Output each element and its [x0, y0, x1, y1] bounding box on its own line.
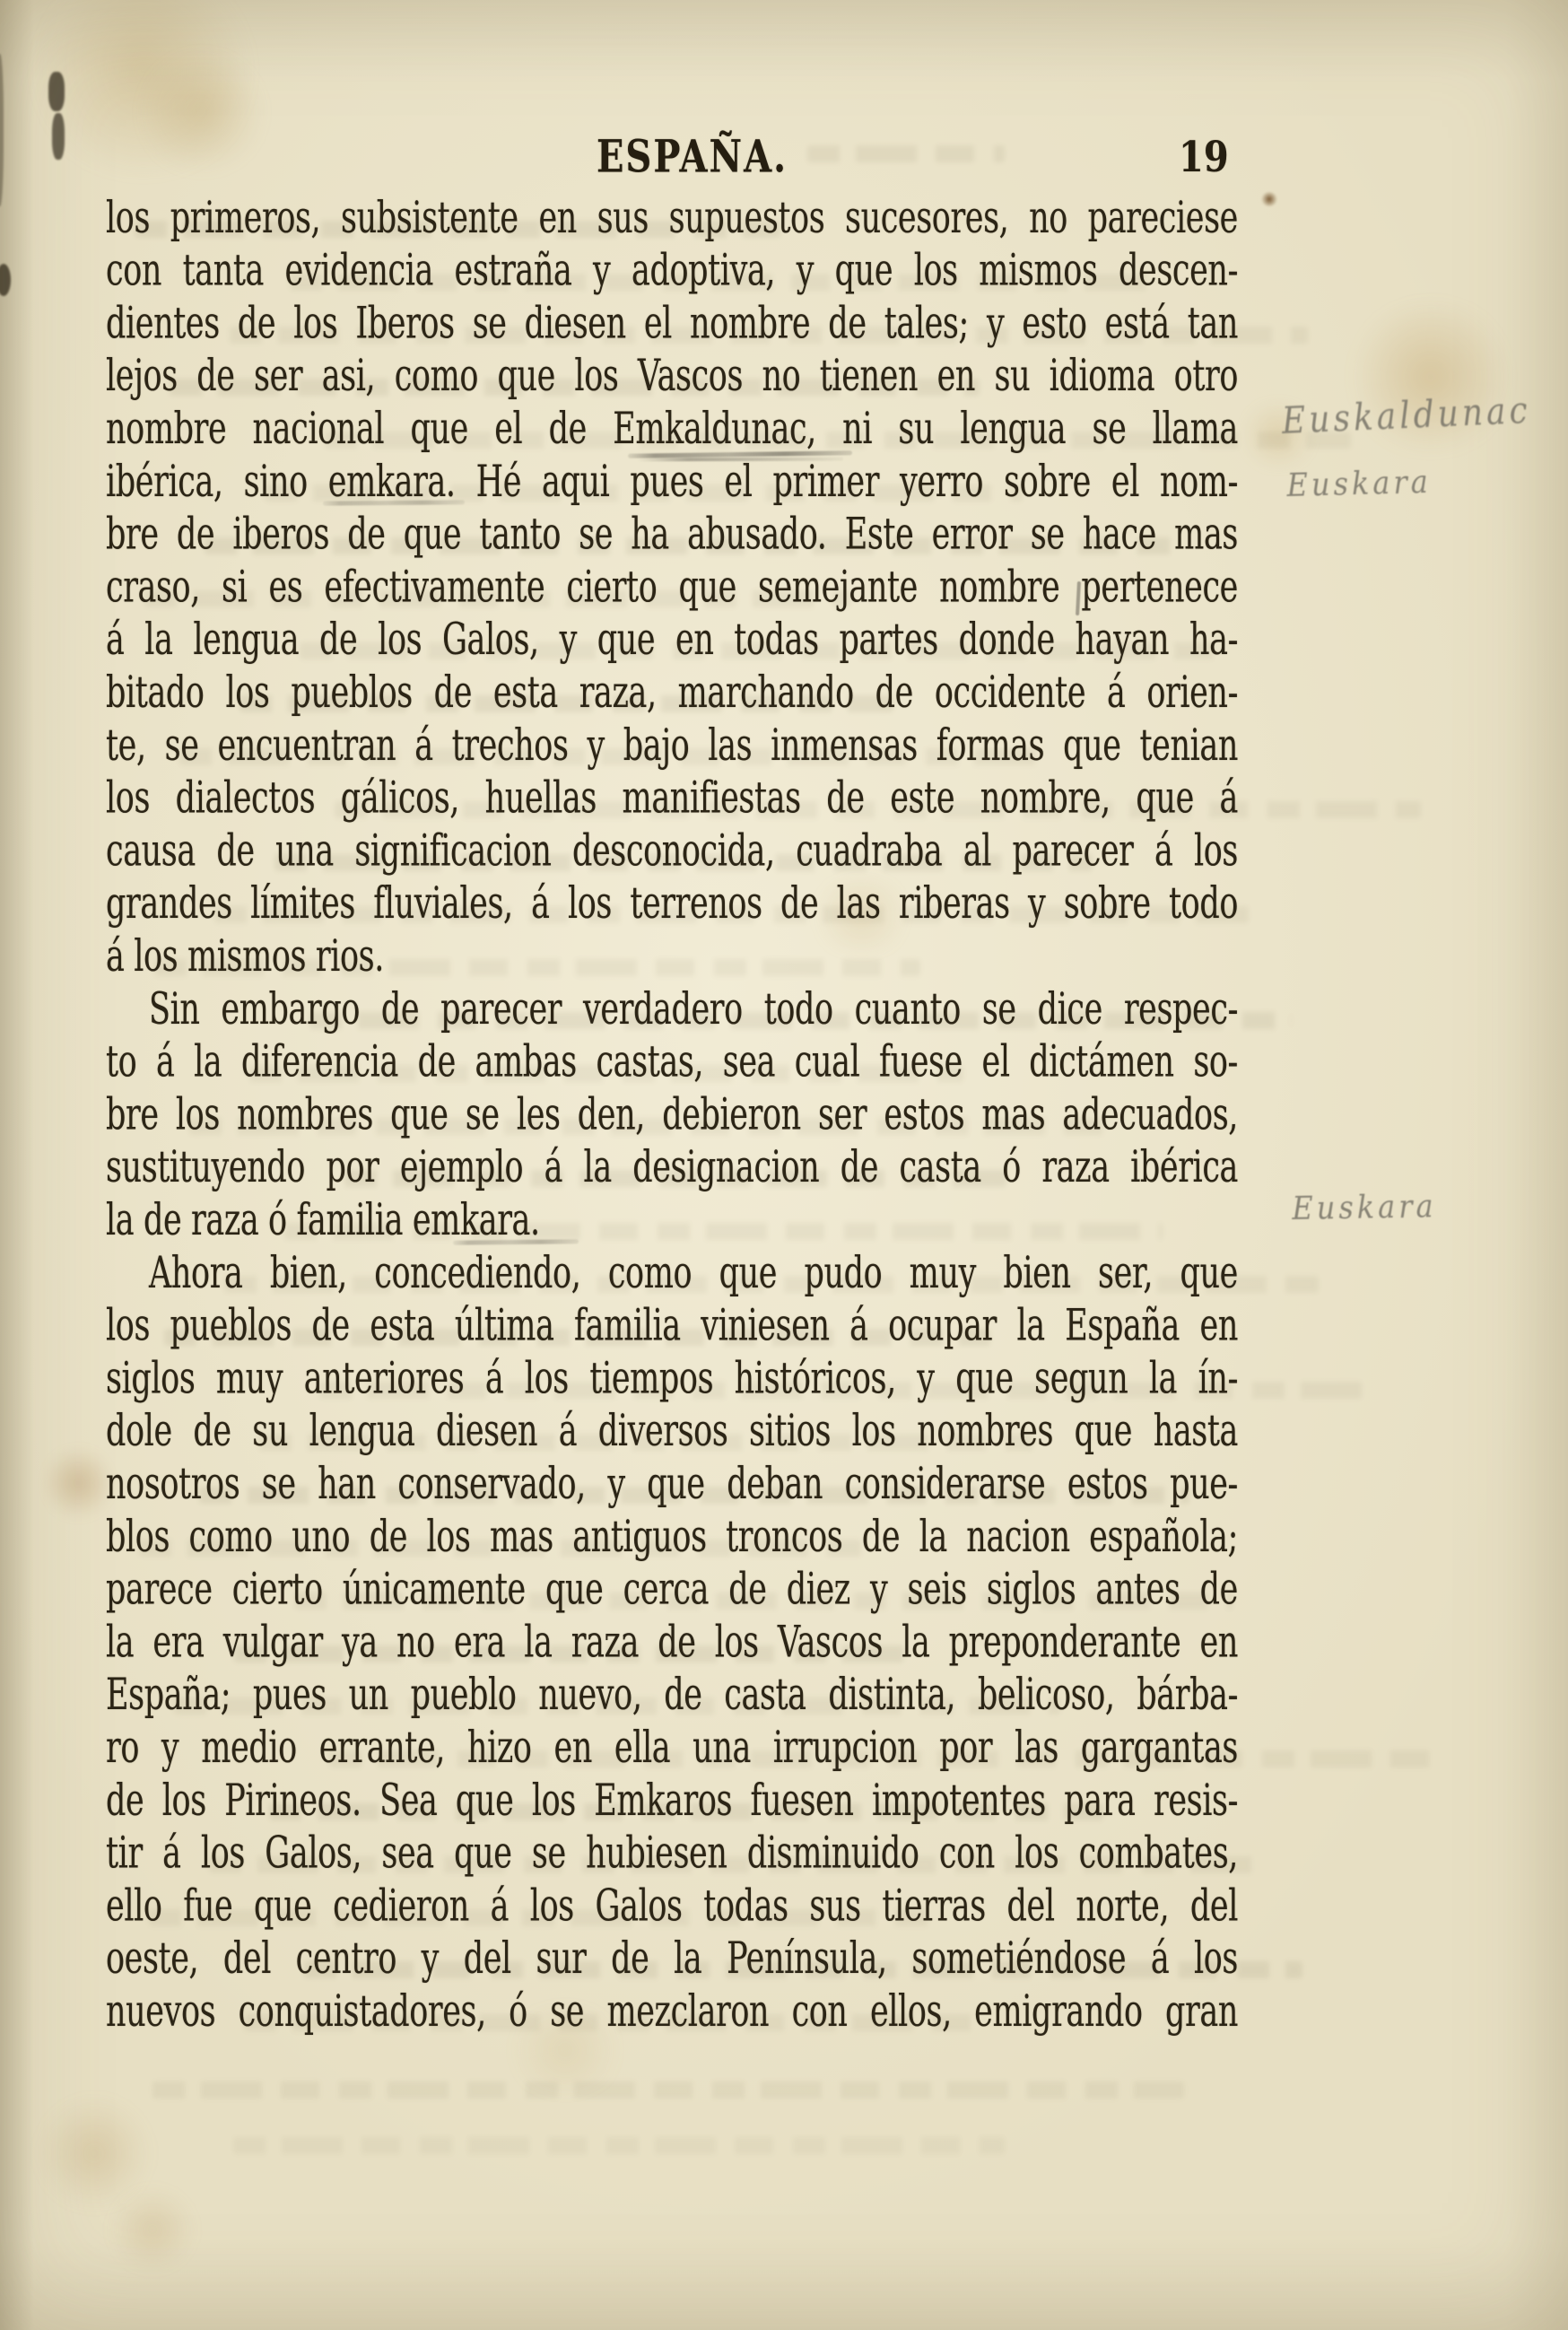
margin-note-euskara-1: Euskara: [1286, 463, 1432, 504]
text-line: á los mismos rios.: [106, 930, 1238, 983]
text-line: blos como uno de los mas antiguos tronco…: [106, 1511, 1238, 1564]
text-line: bre de iberos de que tanto se ha abusado…: [106, 509, 1238, 562]
text-line: bre los nombres que se les den, debieron…: [106, 1089, 1238, 1142]
text-line: causa de una significacion desconocida, …: [106, 825, 1238, 878]
text-line: la era vulgar ya no era la raza de los V…: [106, 1617, 1238, 1670]
margin-note-euskaldunac: Euskaldunac: [1281, 389, 1532, 442]
text-line: la de raza ó familia emkara.: [106, 1194, 1238, 1247]
text-line: tir á los Galos, sea que se hubiesen dis…: [106, 1828, 1238, 1881]
ghost-line: [152, 2081, 1184, 2099]
text-line: nosotros se han conservado, y que deban …: [106, 1458, 1238, 1511]
text-line: Ahora bien, concediendo, como que pudo m…: [106, 1247, 1238, 1300]
text-line: lejos de ser asi, como que los Vascos no…: [106, 350, 1238, 403]
text-line: sustituyendo por ejemplo á la designacio…: [106, 1141, 1238, 1194]
text-line: Sin embargo de parecer verdadero todo cu…: [106, 983, 1238, 1036]
page-number: 19: [1179, 136, 1229, 179]
edge-ink-mark: [48, 72, 65, 111]
text-line: los pueblos de esta última familia vinie…: [106, 1300, 1238, 1353]
text-line: ibérica, sino emkara. Hé aqui pues el pr…: [106, 456, 1238, 509]
text-line: grandes límites fluviales, á los terreno…: [106, 877, 1238, 930]
stain: [135, 54, 269, 170]
edge-ink-mark: [52, 113, 65, 160]
edge-ink-mark: [0, 54, 4, 206]
text-line: to á la diferencia de ambas castas, sea …: [106, 1036, 1238, 1089]
stain: [47, 1443, 109, 1523]
text-line: nombre nacional que el de Emkaldunac, ni…: [106, 403, 1238, 456]
text-line: España; pues un pueblo nuevo, de casta d…: [106, 1669, 1238, 1722]
margin-note-euskara-2: Euskara: [1292, 1187, 1437, 1227]
text-line: nuevos conquistadores, ó se mezclaron co…: [106, 1985, 1238, 2038]
stain: [1261, 192, 1277, 206]
text-line: parece cierto únicamente que cerca de di…: [106, 1564, 1238, 1617]
text-line: oeste, del centro y del sur de la Peníns…: [106, 1933, 1238, 1985]
text-line: dientes de los Iberos se diesen el nombr…: [106, 298, 1238, 351]
body-text: los primeros, subsistente en sus supuest…: [106, 192, 1238, 2038]
ghost-line: [807, 145, 1005, 162]
text-line: te, se encuentran á trechos y bajo las i…: [106, 720, 1238, 772]
text-line: dole de su lengua diesen á diversos siti…: [106, 1405, 1238, 1458]
ghost-line: [233, 2137, 1005, 2154]
text-line: los dialectos gálicos, huellas manifiest…: [106, 772, 1238, 825]
text-line: á la lengua de los Galos, y que en todas…: [106, 614, 1238, 667]
page-title: ESPAÑA.: [596, 135, 788, 179]
stain: [36, 2099, 152, 2207]
book-page: ESPAÑA. 19 los primeros, subsistente en …: [0, 0, 1568, 2330]
text-line: craso, si es efectivamente cierto que se…: [106, 562, 1238, 615]
text-line: ello fue que cedieron á los Galos todas …: [106, 1881, 1238, 1933]
edge-ink-mark: [0, 264, 11, 296]
text-line: de los Pirineos. Sea que los Emkaros fue…: [106, 1775, 1238, 1828]
text-line: ro y medio errante, hizo en ella una irr…: [106, 1722, 1238, 1775]
text-line: siglos muy anteriores á los tiempos hist…: [106, 1353, 1238, 1406]
text-line: bitado los pueblos de esta raza, marchan…: [106, 667, 1238, 720]
text-line: los primeros, subsistente en sus supuest…: [106, 192, 1238, 245]
text-line: con tanta evidencia estraña y adoptiva, …: [106, 245, 1238, 298]
stain: [108, 2189, 197, 2270]
